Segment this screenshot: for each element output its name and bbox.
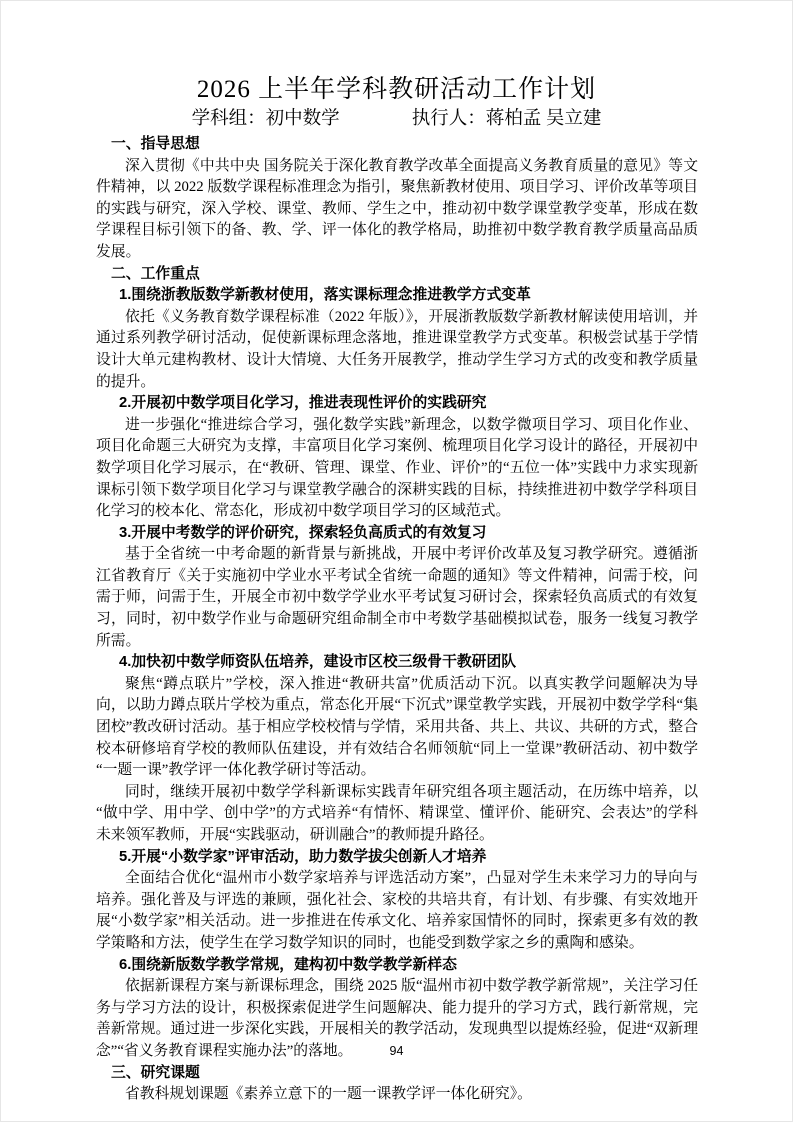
page-number: 94 [0,1044,793,1058]
subsection-heading-2-1: 1.围绕浙教版数学新教材使用，落实课标理念推进教学方式变革 [96,285,698,307]
subsection-2-1-paragraph: 依托《义务教育数学课程标准（2022 年版）》，开展浙教版数学新教材解读使用培训… [96,307,698,393]
subsection-2-4-paragraph-1: 聚焦“蹲点联片”学校，深入推进“教研共富”优质活动下沉。以真实教学问题解决为导向… [96,674,698,782]
byline-subject-group: 学科组：初中数学 [192,104,340,130]
subsection-2-3-paragraph: 基于全省统一中考命题的新背景与新挑战，开展中考评价改革及复习教学研究。遵循浙江省… [96,544,698,652]
byline-executor: 执行人：蒋柏孟 吴立建 [412,104,602,130]
subsection-heading-2-5: 5.开展“小数学家”评审活动，助力数学拔尖创新人才培养 [96,847,698,869]
page-title: 2026 上半年学科教研活动工作计划 [0,69,793,105]
subsection-heading-2-2: 2.开展初中数学项目化学习，推进表现性评价的实践研究 [96,393,698,415]
subsection-heading-2-4: 4.加快初中数学师资队伍培养，建设市区校三级骨干教研团队 [96,652,698,674]
subsection-2-4-paragraph-2: 同时，继续开展初中数学学科新课标实践青年研究组各项主题活动，在历练中培养，以“做… [96,782,698,847]
section-1-paragraph: 深入贯彻《中共中央 国务院关于深化教育教学改革全面提高义务教育质量的意见》等文件… [96,156,698,264]
section-heading-3: 三、研究课题 [96,1063,698,1085]
section-heading-2: 二、工作重点 [96,264,698,286]
document-body: 一、指导思想 深入贯彻《中共中央 国务院关于深化教育教学改革全面提高义务教育质量… [96,134,698,1106]
subsection-heading-2-3: 3.开展中考数学的评价研究，探索轻负高质式的有效复习 [96,523,698,545]
section-3-paragraph: 省教科规划课题《素养立意下的一题一课教学评一体化研究》。 [96,1084,698,1106]
section-heading-1: 一、指导思想 [96,134,698,156]
subsection-2-5-paragraph: 全面结合优化“温州市小数学家培养与评选活动方案”，凸显对学生未来学习力的导向与培… [96,868,698,954]
subsection-2-2-paragraph: 进一步强化“推进综合学习，强化数学实践”新理念，以数学微项目学习、项目化作业、项… [96,415,698,523]
byline: 学科组：初中数学 执行人：蒋柏孟 吴立建 [0,104,793,130]
document-page: 2026 上半年学科教研活动工作计划 学科组：初中数学 执行人：蒋柏孟 吴立建 … [0,0,793,1122]
subsection-heading-2-6: 6.围绕新版数学教学常规，建构初中数学教学新样态 [96,955,698,977]
